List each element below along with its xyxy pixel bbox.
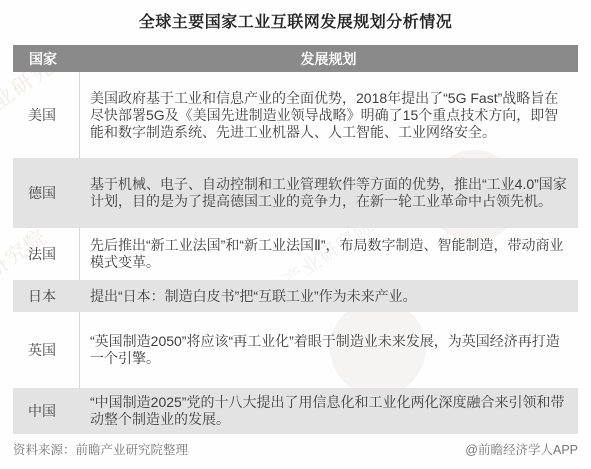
- table-row-germany: 德国 基于机械、电子、自动控制和工业管理软件等方面的优势，推出“工业4.0”国家…: [13, 158, 578, 228]
- country-cell: 英国: [13, 312, 79, 388]
- table-row-japan: 日本 提出“日本：制造白皮书”把“互联工业”作为未来产业。: [13, 280, 578, 312]
- table-header-row: 国家 发展规划: [13, 45, 578, 72]
- table-row-france: 法国 先后推出“新工业法国”和“新工业法国Ⅱ”，布局数字制造、智能制造，带动商业…: [13, 228, 578, 280]
- header-plan: 发展规划: [79, 49, 578, 69]
- table-row-usa: 美国 美国政府基于工业和信息产业的全面优势，2018年提出了“5G Fast”战…: [13, 72, 578, 158]
- country-cell: 中国: [13, 388, 79, 434]
- country-cell: 日本: [13, 280, 79, 312]
- header-country: 国家: [13, 49, 79, 69]
- country-cell: 美国: [13, 72, 79, 158]
- source-note: 资料来源：前瞻产业研究院整理: [13, 443, 188, 457]
- country-cell: 法国: [13, 228, 79, 280]
- country-plan-table: 国家 发展规划 美国 美国政府基于工业和信息产业的全面优势，2018年提出了“5…: [13, 45, 578, 434]
- plan-cell: 美国政府基于工业和信息产业的全面优势，2018年提出了“5G Fast”战略旨在…: [79, 72, 578, 158]
- table-row-uk: 英国 “英国制造2050”将应该“再工业化”着眼于制造业未来发展，为英国经济再打…: [13, 312, 578, 388]
- table-row-china: 中国 “中国制造2025”党的十八大提出了用信息化和工业化两化深度融合来引领和带…: [13, 388, 578, 434]
- plan-cell: 先后推出“新工业法国”和“新工业法国Ⅱ”，布局数字制造、智能制造，带动商业模式变…: [79, 228, 578, 280]
- plan-cell: “英国制造2050”将应该“再工业化”着眼于制造业未来发展，为英国经济再打造一个…: [79, 312, 578, 388]
- plan-cell: 提出“日本：制造白皮书”把“互联工业”作为未来产业。: [79, 280, 578, 312]
- credit-note: @前瞻经济学人APP: [465, 443, 578, 457]
- page-title: 全球主要国家工业互联网发展规划分析情况: [0, 0, 591, 32]
- plan-cell: 基于机械、电子、自动控制和工业管理软件等方面的优势，推出“工业4.0”国家计划，…: [79, 158, 578, 228]
- infographic-page: 业研究院 研究院 前瞻产业研究院 全球主要国家工业互联网发展规划分析情况 国家 …: [0, 0, 591, 469]
- country-cell: 德国: [13, 158, 79, 228]
- plan-cell: “中国制造2025”党的十八大提出了用信息化和工业化两化深度融合来引领和带动整个…: [79, 388, 578, 434]
- footer: 资料来源：前瞻产业研究院整理 @前瞻经济学人APP: [13, 443, 578, 457]
